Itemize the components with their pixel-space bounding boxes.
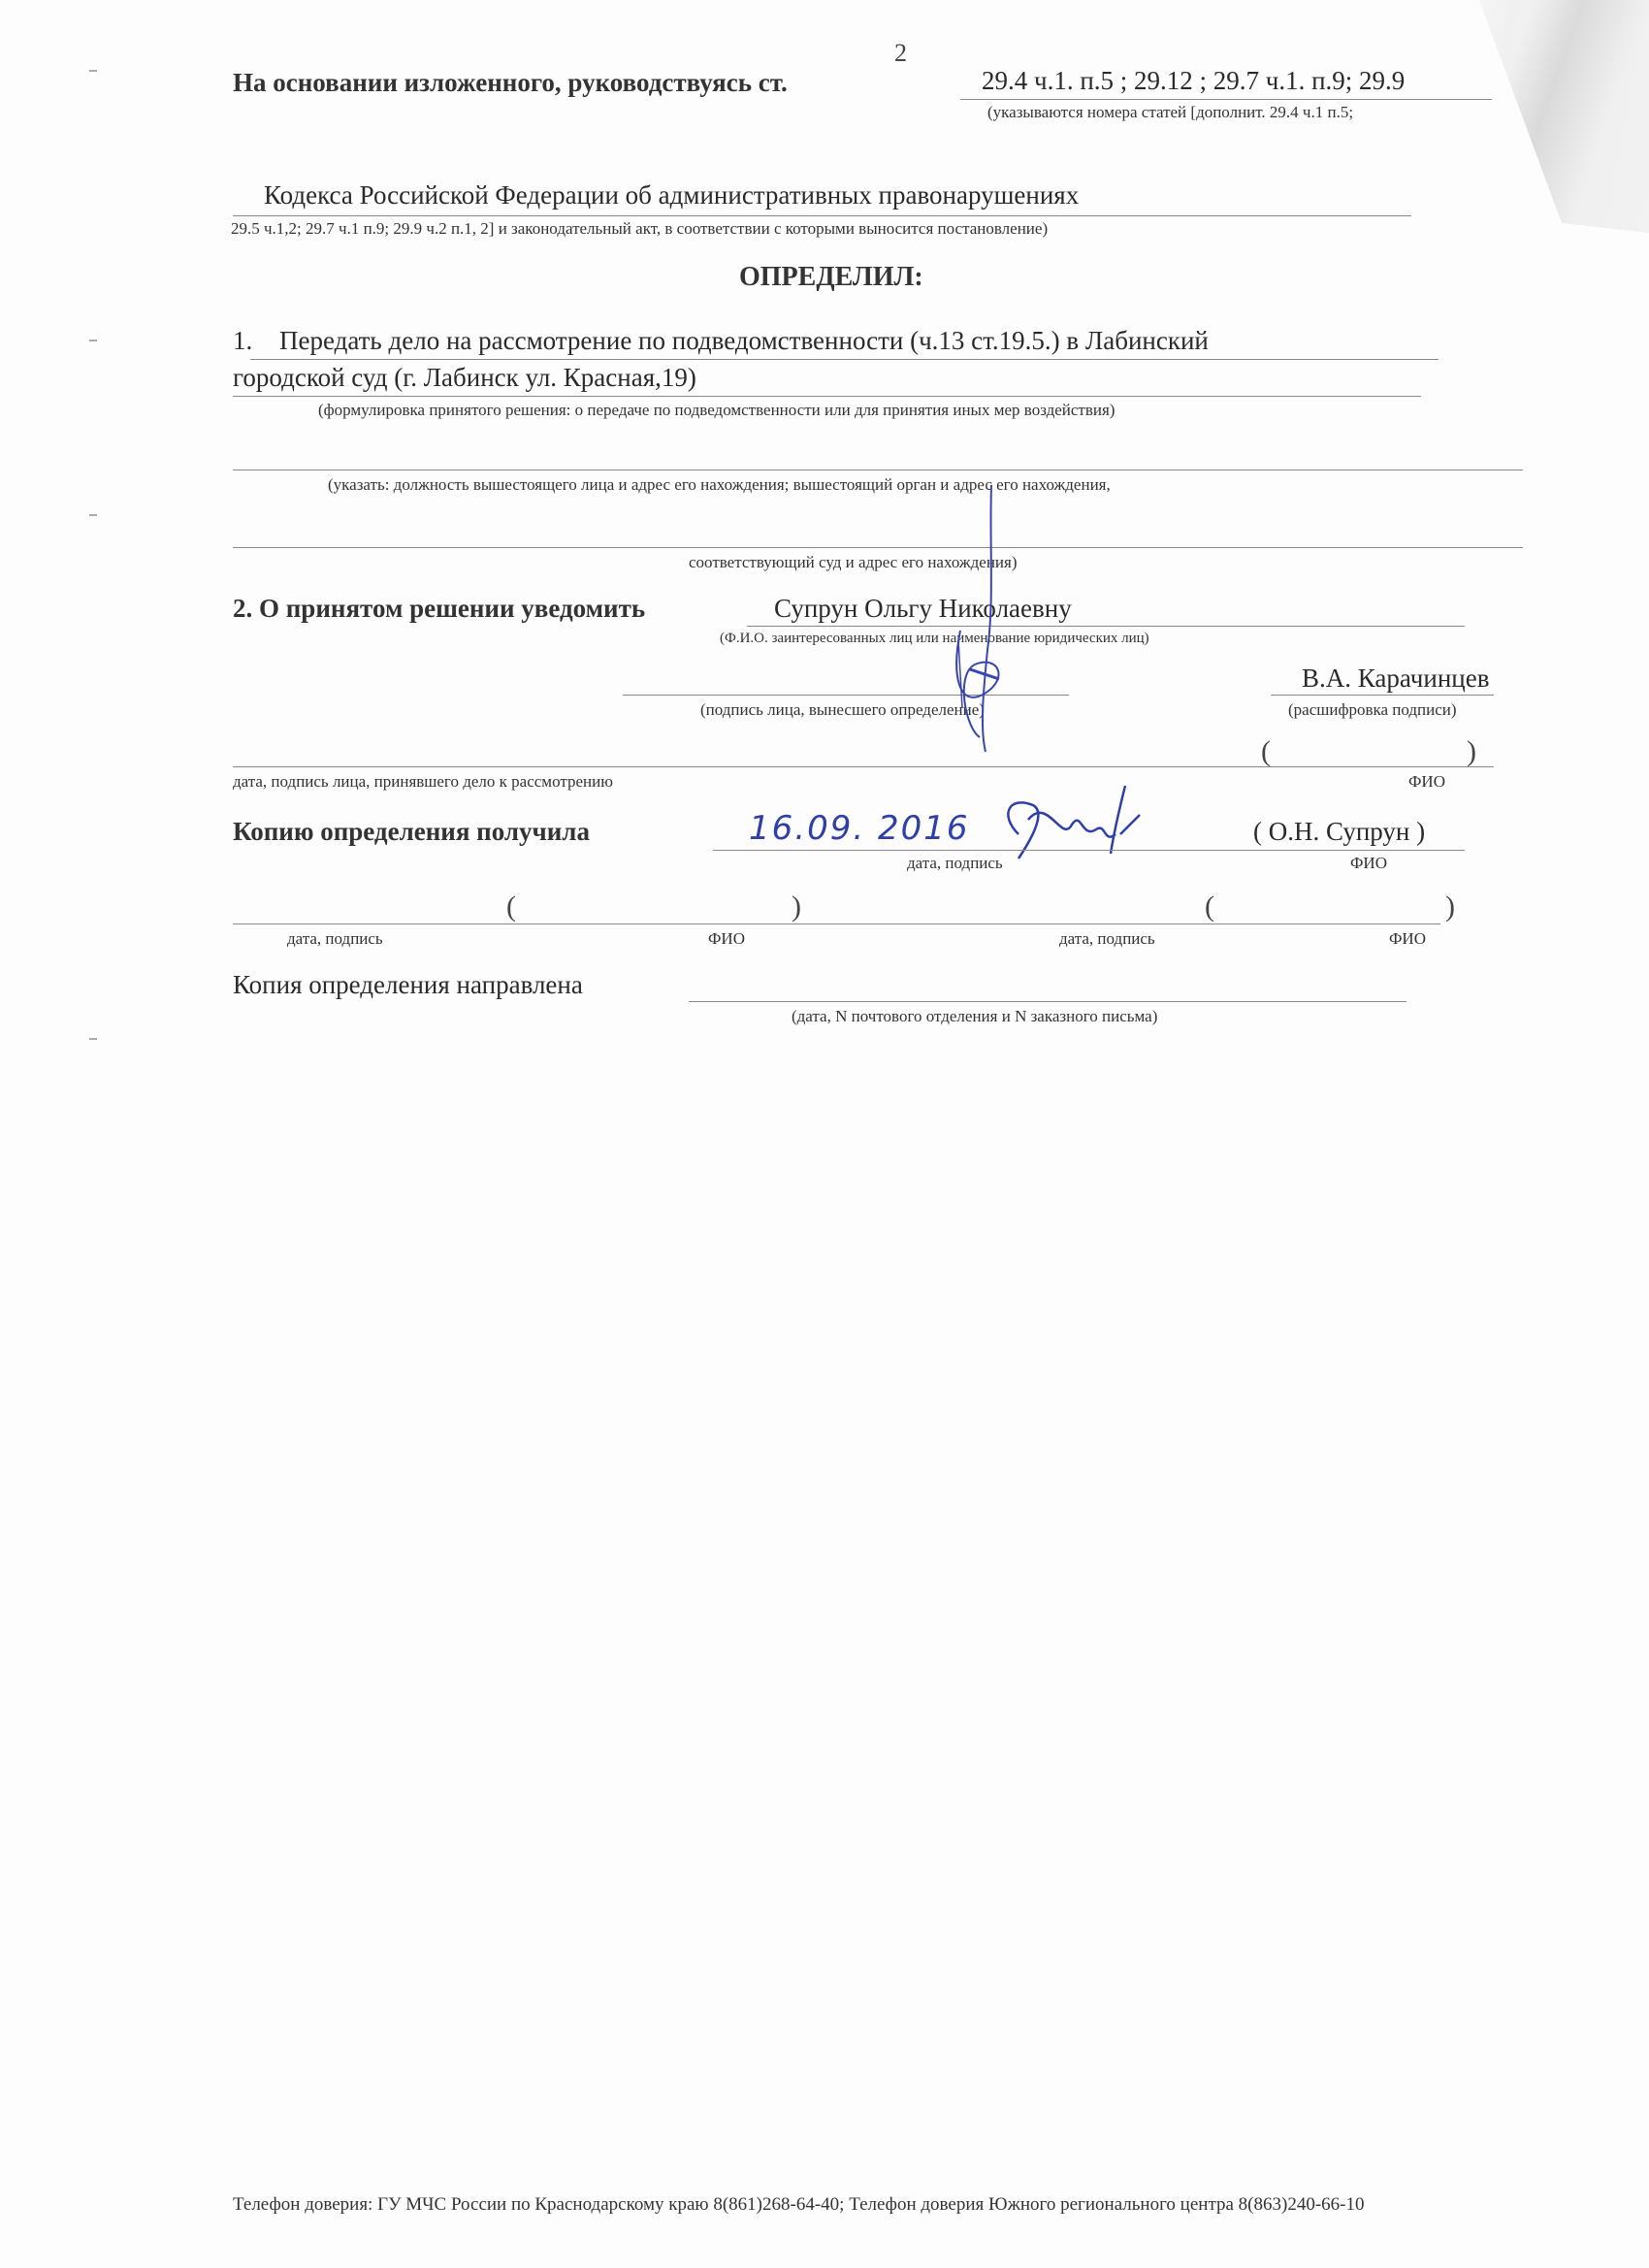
basis-hint-2: 29.5 ч.1,2; 29.7 ч.1 п.9; 29.9 ч.2 п.1, … [231, 219, 1048, 239]
decode-underline [1271, 695, 1494, 696]
item1-underline-2 [233, 396, 1421, 397]
copy-received-label: Копию определения получила [233, 817, 590, 847]
articles-underline [960, 99, 1492, 100]
signer-name: В.А. Карачинцев [1302, 664, 1489, 694]
decode-hint: (расшифровка подписи) [1288, 700, 1457, 720]
extra-underline [233, 923, 1440, 924]
item1-underline-4 [233, 547, 1523, 548]
copy-received-hint-date: дата, подпись [907, 854, 1003, 873]
document-page: 2 На основании изложенного, руководствуя… [0, 0, 1649, 2268]
code-underline [233, 215, 1411, 216]
item2-underline [747, 626, 1465, 627]
item1-text-line2: городской суд (г. Лабинск ул. Красная,19… [233, 363, 696, 393]
decision-heading: ОПРЕДЕЛИЛ: [739, 262, 923, 293]
item1-text-line1: Передать дело на рассмотрение по подведо… [279, 326, 1209, 356]
recipient-signature [989, 786, 1154, 863]
extra-hint-date-1: дата, подпись [287, 929, 383, 949]
margin-mark [89, 340, 97, 341]
accepted-open-paren: ( [1261, 735, 1271, 768]
item1-underline-1 [250, 359, 1439, 360]
extra-close-paren-1: ) [792, 891, 801, 923]
copy-sent-underline [689, 1001, 1406, 1002]
extra-hint-date-2: дата, подпись [1059, 929, 1155, 949]
extra-hint-fio-1: ФИО [708, 929, 745, 949]
footer-hotline: Телефон доверия: ГУ МЧС России по Красно… [233, 2194, 1364, 2216]
margin-mark [89, 70, 97, 72]
accepted-underline [233, 766, 1494, 767]
copy-received-fio: ( О.Н. Супрун ) [1253, 817, 1425, 847]
copy-sent-hint: (дата, N почтового отделения и N заказно… [792, 1007, 1157, 1026]
item1-number: 1. [233, 326, 252, 356]
item1-hint-1: (формулировка принятого решения: о перед… [318, 401, 1115, 420]
item1-underline-3 [233, 470, 1523, 470]
extra-hint-fio-2: ФИО [1389, 929, 1426, 949]
basis-articles: 29.4 ч.1. п.5 ; 29.12 ; 29.7 ч.1. п.9; 2… [982, 66, 1405, 96]
extra-open-paren-1: ( [506, 891, 516, 923]
extra-close-paren-2: ) [1445, 891, 1455, 923]
extra-open-paren-2: ( [1205, 891, 1214, 923]
page-corner-fold-shadow [1397, 0, 1649, 243]
accepted-close-paren: ) [1467, 735, 1476, 768]
copy-received-hint-fio: ФИО [1350, 854, 1387, 873]
basis-hint-1: (указываются номера статей [дополнит. 29… [987, 103, 1353, 122]
copy-sent-label: Копия определения направлена [233, 970, 583, 1000]
copy-received-underline [713, 850, 1465, 851]
margin-mark [89, 514, 97, 516]
margin-mark [89, 1038, 97, 1040]
accepted-hint-right: ФИО [1408, 772, 1445, 792]
handwritten-date: 16.09. 2016 [749, 809, 969, 848]
accepted-hint-left: дата, подпись лица, принявшего дело к ра… [233, 772, 613, 792]
basis-lead: На основании изложенного, руководствуясь… [233, 68, 788, 98]
item2-label: 2. О принятом решении уведомить [233, 594, 645, 624]
code-name: Кодекса Российской Федерации об админист… [264, 180, 1079, 211]
page-number: 2 [894, 39, 907, 68]
page-corner-fold [1397, 0, 1649, 2268]
official-signature [902, 485, 1018, 757]
